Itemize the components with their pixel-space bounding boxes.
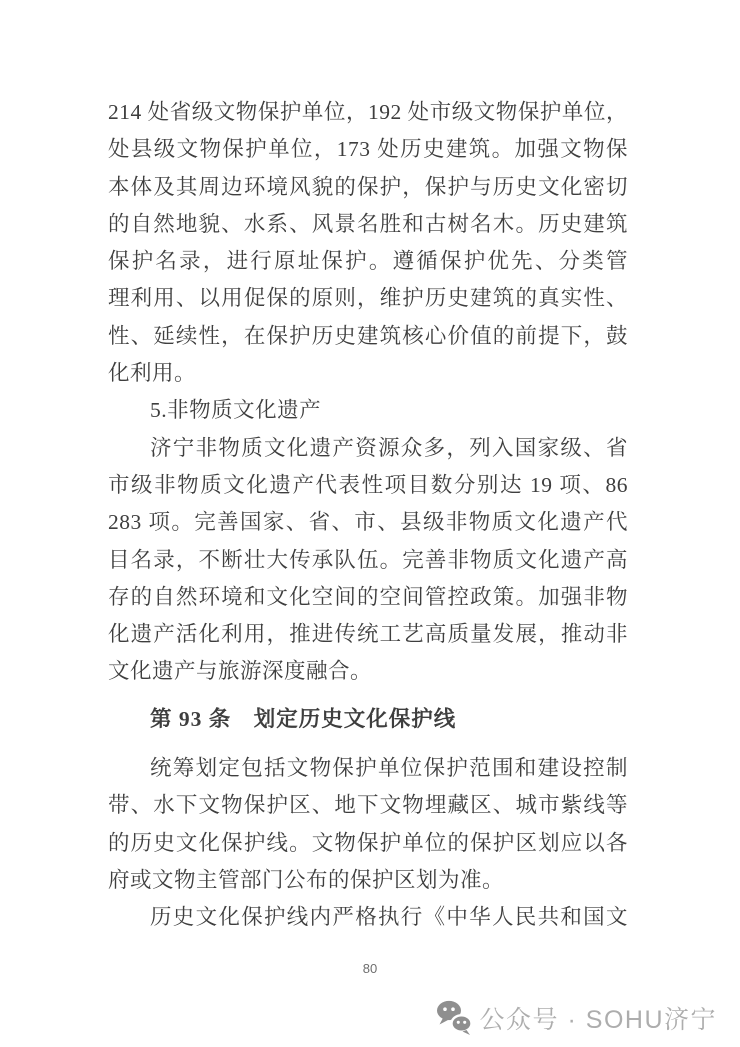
paragraph-heritage-units: 214 处省级文物保护单位，192 处市级文物保护单位，454处县级文物保护单位… [108, 94, 628, 392]
text-line: 第 93 条 划定历史文化保护线 [108, 701, 628, 738]
branding-label: 公众号 · SOHU济宁 [480, 1000, 717, 1036]
text-line: 带、水下文物保护区、地下文物埋藏区、城市紫线等在内 [108, 787, 628, 824]
paragraph-protection-lines: 统筹划定包括文物保护单位保护范围和建设控制地带、水下文物保护区、地下文物埋藏区、… [108, 750, 628, 899]
text-line: 目名录，不断壮大传承队伍。完善非物质文化遗产高度依 [108, 542, 628, 579]
text-line: 本体及其周边环境风貌的保护，保护与历史文化密切相关 [108, 169, 628, 206]
paragraph-law-enforcement: 历史文化保护线内严格执行《中华人民共和国文物保 [108, 899, 628, 936]
text-line: 化遗产活化利用，推进传统工艺高质量发展，推动非物质 [108, 616, 628, 653]
text-line: 5.非物质文化遗产 [108, 392, 628, 429]
text-line: 济宁非物质文化遗产资源众多，列入国家级、省级、 [108, 430, 628, 467]
paragraph-intangible-heritage: 济宁非物质文化遗产资源众多，列入国家级、省级、市级非物质文化遗产代表性项目数分别… [108, 430, 628, 691]
text-line: 214 处省级文物保护单位，192 处市级文物保护单位，454 [108, 94, 628, 131]
text-line: 府或文物主管部门公布的保护区划为准。 [108, 862, 628, 899]
page-number: 80 [0, 961, 740, 976]
text-line: 的历史文化保护线。文物保护单位的保护区划应以各级政 [108, 825, 628, 862]
document-body: 214 处省级文物保护单位，192 处市级文物保护单位，454处县级文物保护单位… [108, 94, 628, 937]
article-heading-93: 第 93 条 划定历史文化保护线 [108, 701, 628, 738]
text-line: 性、延续性，在保护历史建筑核心价值的前提下，鼓励活 [108, 318, 628, 355]
text-line: 处县级文物保护单位，173 处历史建筑。加强文物保护单位 [108, 131, 628, 168]
subheading-intangible-heritage: 5.非物质文化遗产 [108, 392, 628, 429]
text-line: 市级非物质文化遗产代表性项目数分别达 19 项、86 项、 [108, 467, 628, 504]
text-line: 统筹划定包括文物保护单位保护范围和建设控制地 [108, 750, 628, 787]
text-line: 文化遗产与旅游深度融合。 [108, 653, 628, 690]
branding-footer: 公众号 · SOHU济宁 [436, 999, 717, 1037]
text-line: 理利用、以用促保的原则，维护历史建筑的真实性、完整 [108, 280, 628, 317]
document-page: 214 处省级文物保护单位，192 处市级文物保护单位，454处县级文物保护单位… [0, 0, 740, 1047]
text-line: 保护名录，进行原址保护。遵循保护优先、分类管理、合 [108, 243, 628, 280]
text-line: 283 项。完善国家、省、市、县级非物质文化遗产代表性项 [108, 504, 628, 541]
text-line: 历史文化保护线内严格执行《中华人民共和国文物保 [108, 899, 628, 936]
wechat-icon [436, 999, 472, 1037]
text-line: 的自然地貌、水系、风景名胜和古树名木。历史建筑纳入 [108, 206, 628, 243]
text-line: 化利用。 [108, 355, 628, 392]
text-line: 存的自然环境和文化空间的空间管控政策。加强非物质文 [108, 579, 628, 616]
